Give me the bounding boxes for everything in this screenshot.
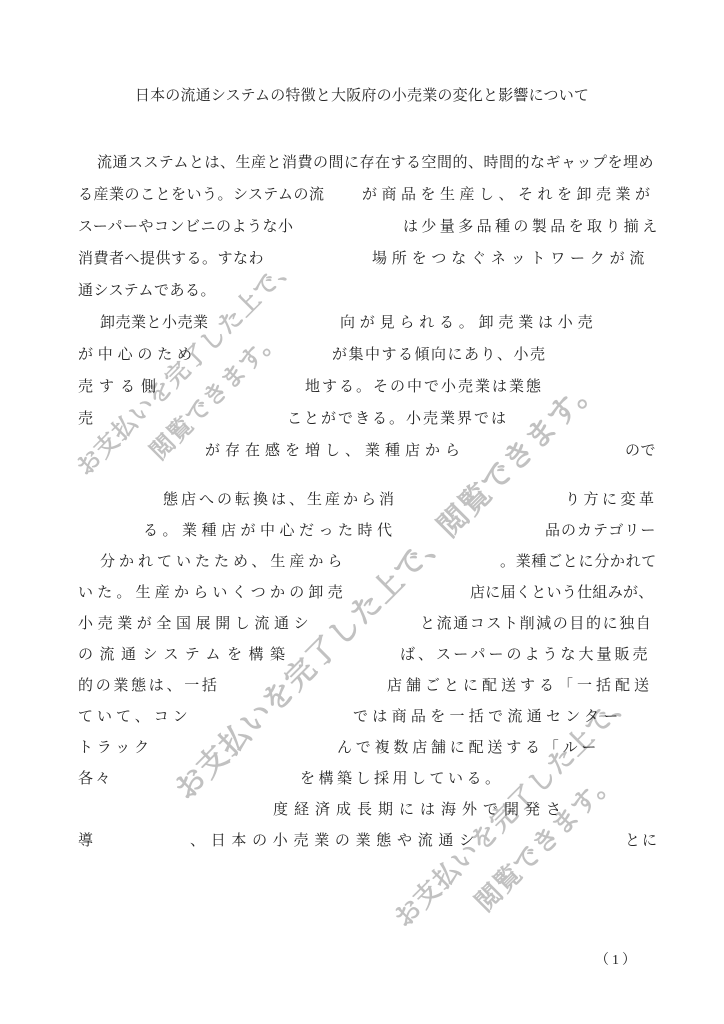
text-line: 消費者へ提供する。すなわ場所をつなぐネットワークが流 — [0, 249, 724, 269]
text-segment: トラック — [78, 738, 153, 758]
text-segment: ので — [625, 441, 656, 461]
text-segment: が中心のため — [78, 345, 197, 365]
text-segment: は少量多品種の製品を取り揃え — [403, 217, 661, 237]
text-segment: いた。生産からいくつかの卸売 — [78, 583, 347, 603]
text-segment: り方に変革 — [565, 490, 658, 510]
text-line: 卸売業と小売業向が見られる。卸売業は小売 — [0, 313, 724, 333]
document-page: 日本の流通システムの特徴と大阪府の小売業の変化と影響について お支払いを完了した… — [0, 0, 724, 1024]
text-segment: ていて、コン — [78, 707, 192, 727]
text-segment: 流通スステムとは、生産と消費の間に存在する空間的、時間的なギャップを埋め — [97, 153, 654, 173]
text-segment: 地する。その中で小売業は業態 — [305, 377, 543, 397]
text-line: の流通システムを構築ば、スーパーのような大量販売 — [0, 645, 724, 665]
text-segment: 通システムである。 — [78, 281, 216, 301]
text-segment: 各々 — [78, 769, 113, 789]
text-segment: ことができる。小売業界では — [287, 409, 508, 429]
text-segment: 店に届くという仕組みが、 — [470, 583, 654, 603]
text-segment: では商品を一括で流通センター — [353, 707, 623, 727]
text-line: いた。生産からいくつかの卸売店に届くという仕組みが、 — [0, 583, 724, 603]
text-segment: 向が見られる。卸売業は小売 — [340, 313, 597, 333]
text-segment: 分かれていたため、生産から — [100, 552, 346, 572]
text-segment: とに — [625, 831, 659, 851]
text-segment: る産業のことをいう。システムの流 — [78, 185, 325, 205]
text-line: 的の業態は、一括店舗ごとに配送する「一括配送 — [0, 676, 724, 696]
text-segment: 。業種ごとに分かれて — [500, 552, 657, 572]
text-line: トラックんで複数店舗に配送する「ルー — [0, 738, 724, 758]
text-line: 売ことができる。小売業界では — [0, 409, 724, 429]
text-segment: の流通システムを構築 — [78, 645, 292, 665]
text-segment: と流通コスト削減の目的に独自 — [420, 614, 652, 634]
text-line: 態店への転換は、生産から消り方に変革 — [0, 490, 724, 510]
text-segment: が商品を生産し、それを卸売業が — [362, 185, 655, 205]
page-number: （1） — [595, 949, 639, 969]
text-line: 分かれていたため、生産から。業種ごとに分かれて — [0, 552, 724, 572]
text-segment: 消費者へ提供する。すなわ — [78, 249, 264, 269]
text-segment: 、日本の小売業の業態や流通シ — [190, 831, 480, 851]
text-segment: 度経済成長期には海外で開発さ — [273, 800, 567, 820]
text-segment: る。業種店が中心だった時代 — [143, 521, 397, 541]
text-segment: 卸売業と小売業 — [100, 313, 209, 333]
text-line: 通システムである。 — [0, 281, 724, 301]
text-line: 小売業が全国展開し流通シと流通コスト削減の目的に独自 — [0, 614, 724, 634]
text-segment: んで複数店舗に配送する「ルー — [337, 738, 600, 758]
text-line: 流通スステムとは、生産と消費の間に存在する空間的、時間的なギャップを埋め — [0, 153, 724, 173]
text-segment: 導 — [78, 831, 94, 851]
text-segment: 小売業が全国展開し流通シ — [78, 614, 313, 634]
text-line: スーパーやコンビニのような小は少量多品種の製品を取り揃え — [0, 217, 724, 237]
text-segment: 店舗ごとに配送する「一括配送 — [387, 676, 653, 696]
text-segment: が存在感を増し、業種店から — [205, 441, 465, 461]
text-segment: 態店への転換は、生産から消 — [163, 490, 397, 510]
text-segment: が集中する傾向にあり、小売 — [332, 345, 547, 365]
text-segment: 場所をつなぐネットワークが流 — [372, 249, 649, 269]
document-title: 日本の流通システムの特徴と大阪府の小売業の変化と影響について — [0, 84, 724, 105]
text-segment: スーパーやコンビニのような小 — [78, 217, 294, 237]
text-line: 導、日本の小売業の業態や流通シとに — [0, 831, 724, 851]
text-line: 売する側地する。その中で小売業は業態 — [0, 377, 724, 397]
text-line: 各々を構築し採用している。 — [0, 769, 724, 789]
text-line: ていて、コンでは商品を一括で流通センター — [0, 707, 724, 727]
text-segment: 品のカテゴリー — [545, 521, 656, 541]
text-segment: 売する側 — [78, 377, 162, 397]
text-segment: 的の業態は、一括 — [78, 676, 220, 696]
text-segment: ば、スーパーのような大量販売 — [400, 645, 651, 665]
text-line: が存在感を増し、業種店からので — [0, 441, 724, 461]
text-segment: 売 — [78, 409, 94, 429]
text-line: る産業のことをいう。システムの流が商品を生産し、それを卸売業が — [0, 185, 724, 205]
text-segment: を構築し採用している。 — [300, 769, 504, 789]
text-line: 度経済成長期には海外で開発さ — [0, 800, 724, 820]
text-line: る。業種店が中心だった時代品のカテゴリー — [0, 521, 724, 541]
text-line: が中心のためが集中する傾向にあり、小売 — [0, 345, 724, 365]
